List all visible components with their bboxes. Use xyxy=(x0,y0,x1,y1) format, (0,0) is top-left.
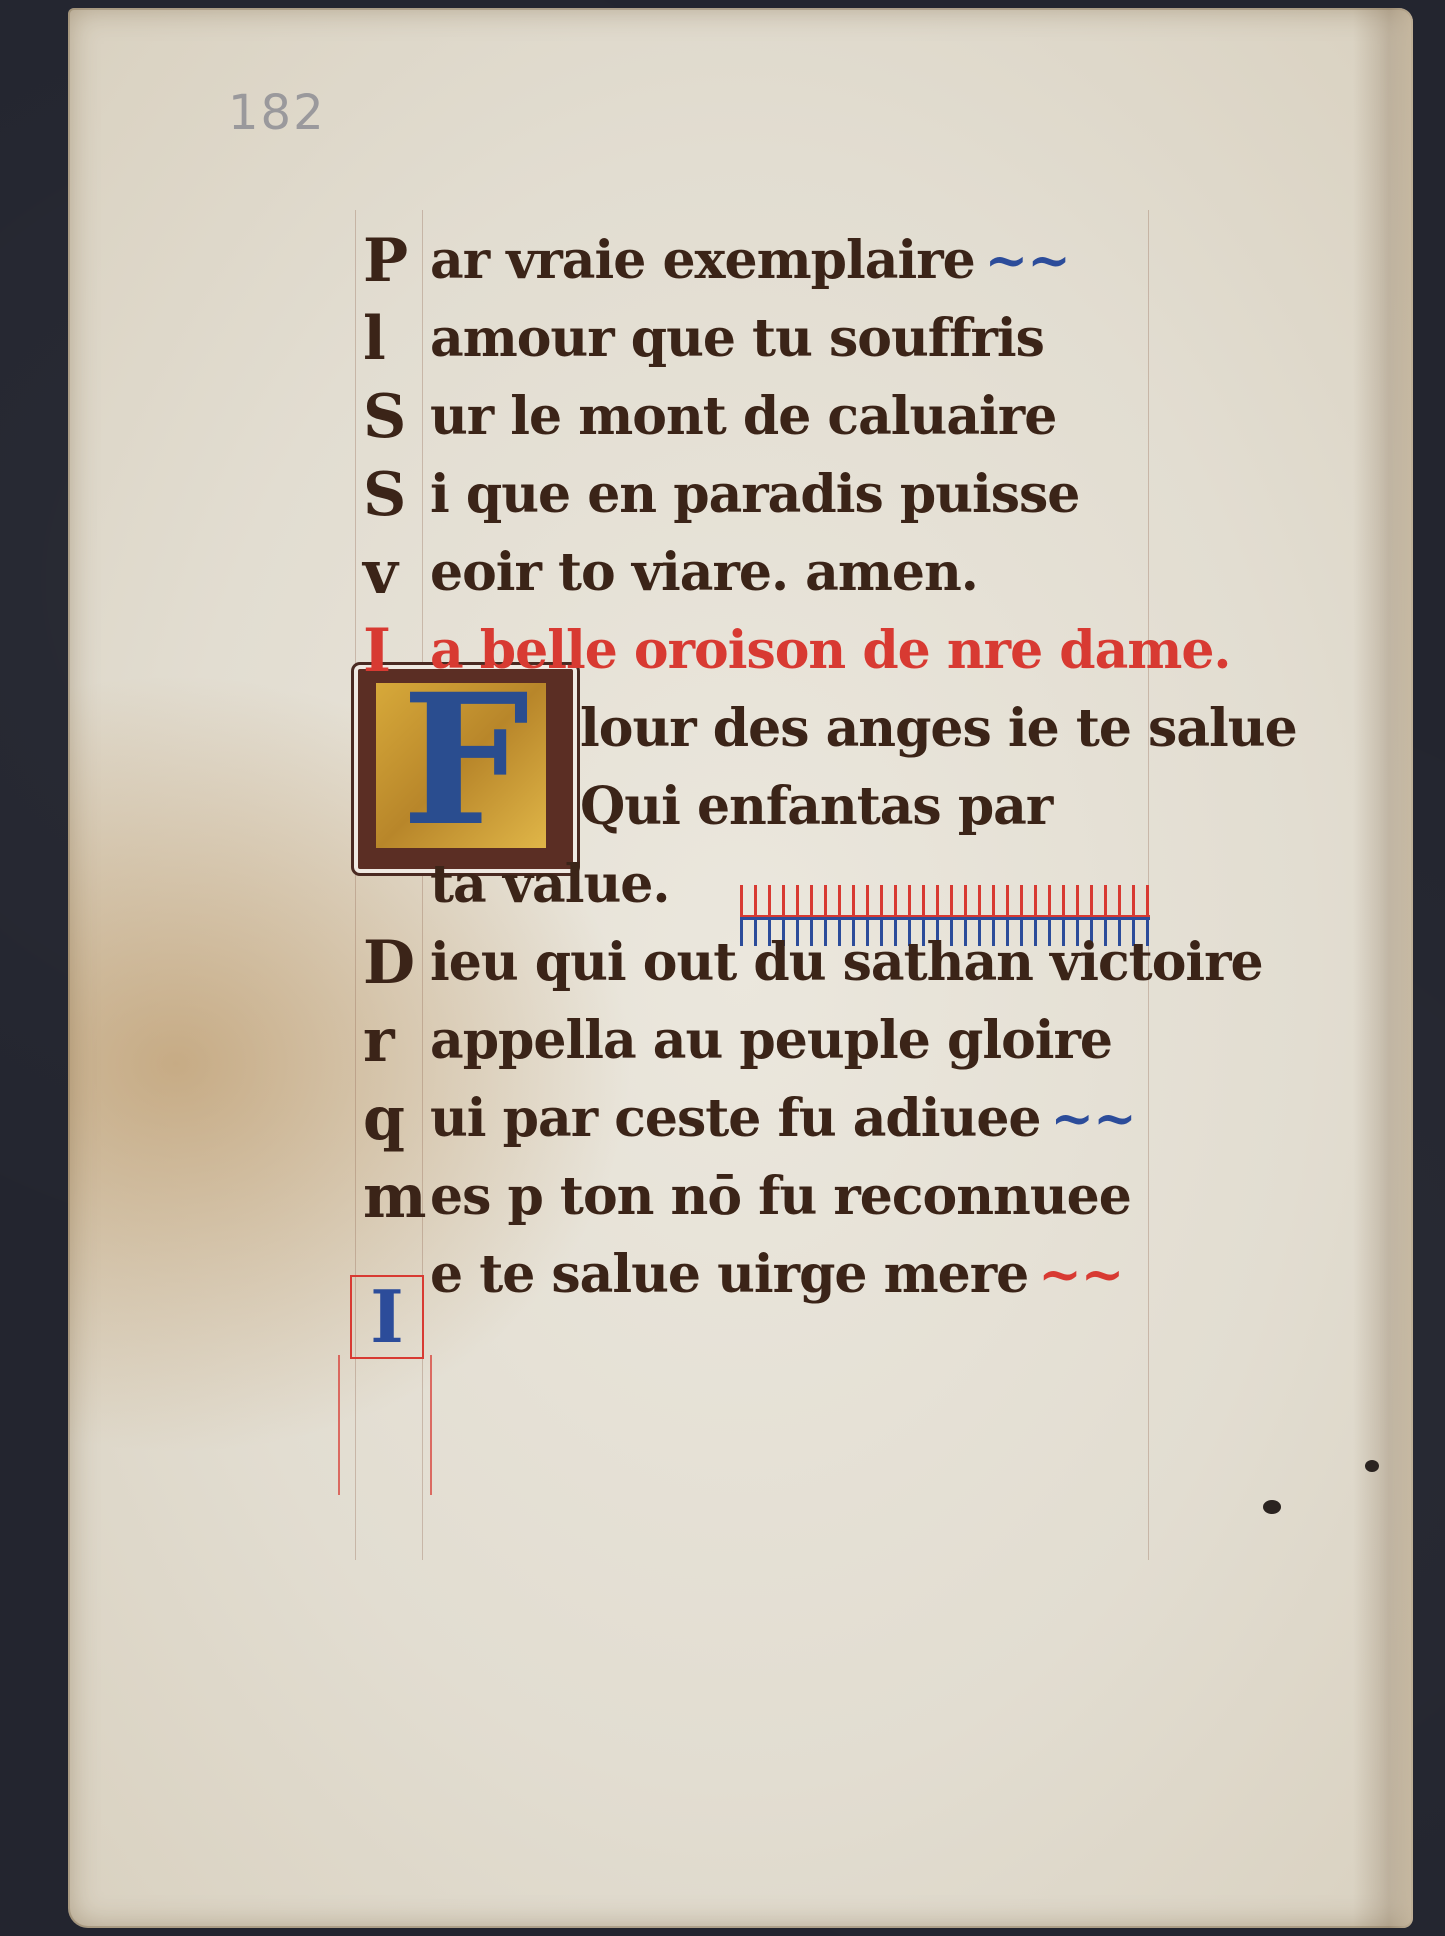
line-text: ui par ceste fu adiuee~~ xyxy=(430,1080,1136,1158)
text-line: ta value. xyxy=(365,846,1185,924)
rubric-line: I a belle oroison de nre dame. xyxy=(365,612,1185,690)
text-line: S ur le mont de caluaire xyxy=(365,378,1185,456)
text-line: e te salue uirge mere~~ xyxy=(365,1236,1185,1314)
line-text: es p ton nō fu reconnuee xyxy=(430,1158,1131,1236)
line-initial: S xyxy=(363,378,423,456)
line-initial: S xyxy=(363,456,423,534)
line-initial: q xyxy=(363,1080,423,1158)
line-text: e te salue uirge mere~~ xyxy=(430,1236,1123,1314)
line-text: ar vraie exemplaire~~ xyxy=(430,222,1070,300)
line-initial: r xyxy=(363,1002,423,1080)
text-line: r appella au peuple gloire xyxy=(365,1002,1185,1080)
text-line: S i que en paradis puisse xyxy=(365,456,1185,534)
line-initial: D xyxy=(363,924,423,1002)
line-text: ta value. xyxy=(430,846,669,924)
line-initial: v xyxy=(363,534,423,612)
line-text: lour des anges ie te salue xyxy=(580,690,1297,768)
line-filler: ~~ xyxy=(1051,1080,1136,1158)
line-text: ieu qui out du sathan victoire xyxy=(430,924,1263,1002)
parchment-hole xyxy=(1263,1500,1281,1514)
line-text: ur le mont de caluaire xyxy=(430,378,1056,456)
text-block: P ar vraie exemplaire~~ l amour que tu s… xyxy=(365,222,1185,1314)
line-filler: ~~ xyxy=(1038,1236,1123,1314)
text-line: D ieu qui out du sathan victoire xyxy=(365,924,1185,1002)
line-initial: m xyxy=(363,1158,423,1236)
line-text: i que en paradis puisse xyxy=(430,456,1079,534)
line-filler: ~~ xyxy=(985,222,1070,300)
line-initial: l xyxy=(363,300,423,378)
folio-number: 182 xyxy=(228,85,326,141)
line-text: appella au peuple gloire xyxy=(430,1002,1112,1080)
line-text: eoir to viare. amen. xyxy=(430,534,978,612)
line-initial: P xyxy=(363,222,423,300)
parchment-hole xyxy=(1365,1460,1379,1472)
line-text: a belle oroison de nre dame. xyxy=(430,612,1231,690)
line-initial: I xyxy=(363,612,423,690)
text-line: l amour que tu souffris xyxy=(365,300,1185,378)
penwork-flourish xyxy=(338,1355,432,1495)
text-line: Qui enfantas par xyxy=(365,768,1185,846)
text-line: m es p ton nō fu reconnuee xyxy=(365,1158,1185,1236)
line-text: Qui enfantas par xyxy=(580,768,1052,846)
line-text: amour que tu souffris xyxy=(430,300,1044,378)
text-line: lour des anges ie te salue xyxy=(365,690,1185,768)
text-line: v eoir to viare. amen. xyxy=(365,534,1185,612)
text-line: q ui par ceste fu adiuee~~ xyxy=(365,1080,1185,1158)
text-line: P ar vraie exemplaire~~ xyxy=(365,222,1185,300)
